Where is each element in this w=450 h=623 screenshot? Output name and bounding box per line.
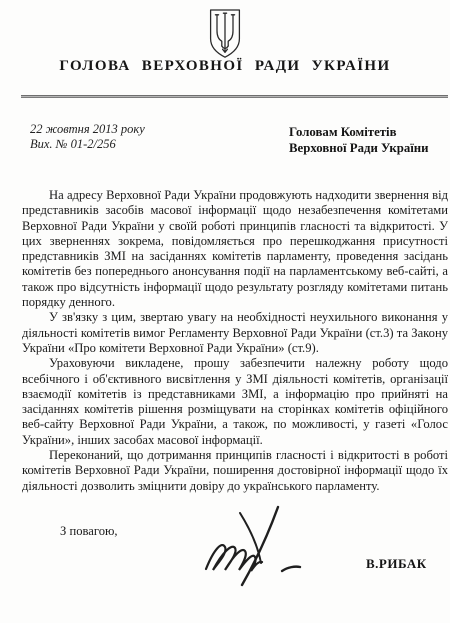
letter-page: ГОЛОВА ВЕРХОВНОЇ РАДИ УКРАЇНИ 22 жовтня …	[0, 0, 450, 623]
signer-name: В.РИБАК	[366, 556, 427, 572]
date-reference-block: 22 жовтня 2013 року Вих. № 01-2/256	[30, 122, 145, 152]
letter-body: На адресу Верховної Ради України продовж…	[22, 188, 448, 494]
body-paragraph: Переконаний, що дотримання принципів гла…	[22, 448, 448, 494]
letter-date: 22 жовтня 2013 року	[30, 122, 145, 137]
body-paragraph: У зв'язку з цим, звертаю увагу на необхі…	[22, 310, 448, 356]
tryzub-emblem-icon	[205, 8, 245, 65]
letterhead-divider	[21, 95, 448, 98]
recipient-line: Верховної Ради України	[289, 141, 429, 157]
body-paragraph: Ураховуючи викладене, прошу забезпечити …	[22, 356, 448, 448]
recipient-line: Головам Комітетів	[289, 125, 429, 141]
letterhead-title: ГОЛОВА ВЕРХОВНОЇ РАДИ УКРАЇНИ	[0, 58, 450, 75]
reference-number: Вих. № 01-2/256	[30, 137, 145, 152]
handwritten-signature-icon	[196, 503, 322, 604]
closing-salutation: З повагою,	[60, 524, 118, 539]
body-paragraph: На адресу Верховної Ради України продовж…	[22, 188, 448, 310]
recipient-block: Головам Комітетів Верховної Ради України	[289, 125, 429, 156]
